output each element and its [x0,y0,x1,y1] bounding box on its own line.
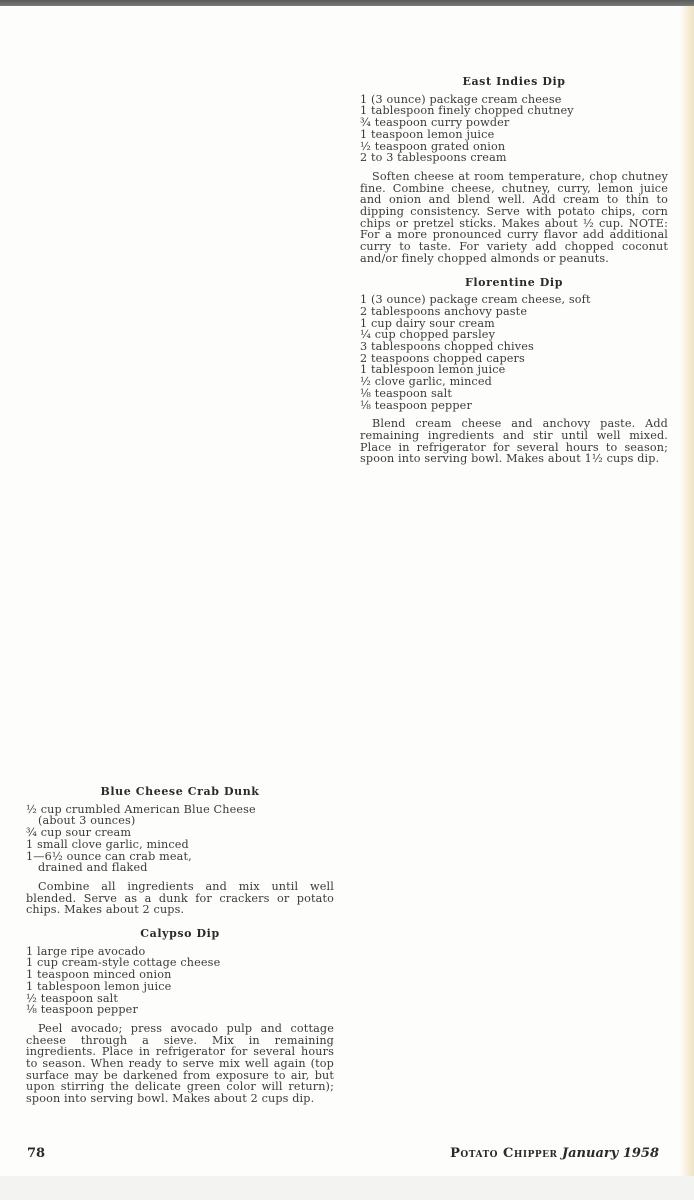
recipe-directions: Combine all ingredients and mix until we… [26,881,334,916]
page-number: 78 [27,1146,45,1161]
recipe-blue-cheese-crab-dunk: Blue Cheese Crab Dunk ½ cup crumbled Ame… [26,786,334,916]
ingredient: 3 tablespoons chopped chives [360,341,668,353]
recipe-directions: Blend cream cheese and anchovy paste. Ad… [360,418,668,465]
recipe-east-indies-dip: East Indies Dip 1 (3 ounce) package crea… [360,76,668,265]
recipe-title: East Indies Dip [360,76,668,88]
right-column: East Indies Dip 1 (3 ounce) package crea… [360,76,668,477]
recipe-florentine-dip: Florentine Dip 1 (3 ounce) package cream… [360,277,668,466]
ingredient-list: 1 (3 ounce) package cream cheese 1 table… [360,94,668,164]
publication-name: Potato Chipper [450,1146,557,1161]
recipe-directions: Soften cheese at room temperature, chop … [360,171,668,265]
ingredient-list: ½ cup crumbled American Blue Cheese (abo… [26,804,334,874]
recipe-title: Blue Cheese Crab Dunk [26,786,334,798]
bottom-margin [0,1176,694,1200]
issue-date: January 1958 [562,1146,659,1161]
ingredient: ⅛ teaspoon salt [360,388,668,400]
recipe-calypso-dip: Calypso Dip 1 large ripe avocado 1 cup c… [26,928,334,1105]
ingredient: ⅛ teaspoon pepper [26,1004,334,1016]
left-column: Blue Cheese Crab Dunk ½ cup crumbled Ame… [26,786,334,1117]
ingredient-continuation: drained and flaked [26,862,334,874]
ingredient-list: 1 large ripe avocado 1 cup cream-style c… [26,946,334,1016]
publication-footer: Potato Chipper January 1958 [450,1146,659,1161]
ingredient: drained and flaked [26,862,334,874]
ingredient: 1 small clove garlic, minced [26,839,334,851]
ingredient-list: 1 (3 ounce) package cream cheese, soft 2… [360,294,668,411]
top-border [0,0,694,6]
ingredient: 2 tablespoons anchovy paste [360,306,668,318]
recipe-title: Florentine Dip [360,277,668,289]
ingredient: 1 teaspoon lemon juice [360,129,668,141]
ingredient: 2 to 3 tablespoons cream [360,152,668,164]
ingredient: ⅛ teaspoon pepper [360,400,668,412]
recipe-title: Calypso Dip [26,928,334,940]
recipe-directions: Peel avocado; press avocado pulp and cot… [26,1023,334,1105]
ingredient: 1 tablespoon lemon juice [26,981,334,993]
page-edge-shadow [680,6,694,1176]
